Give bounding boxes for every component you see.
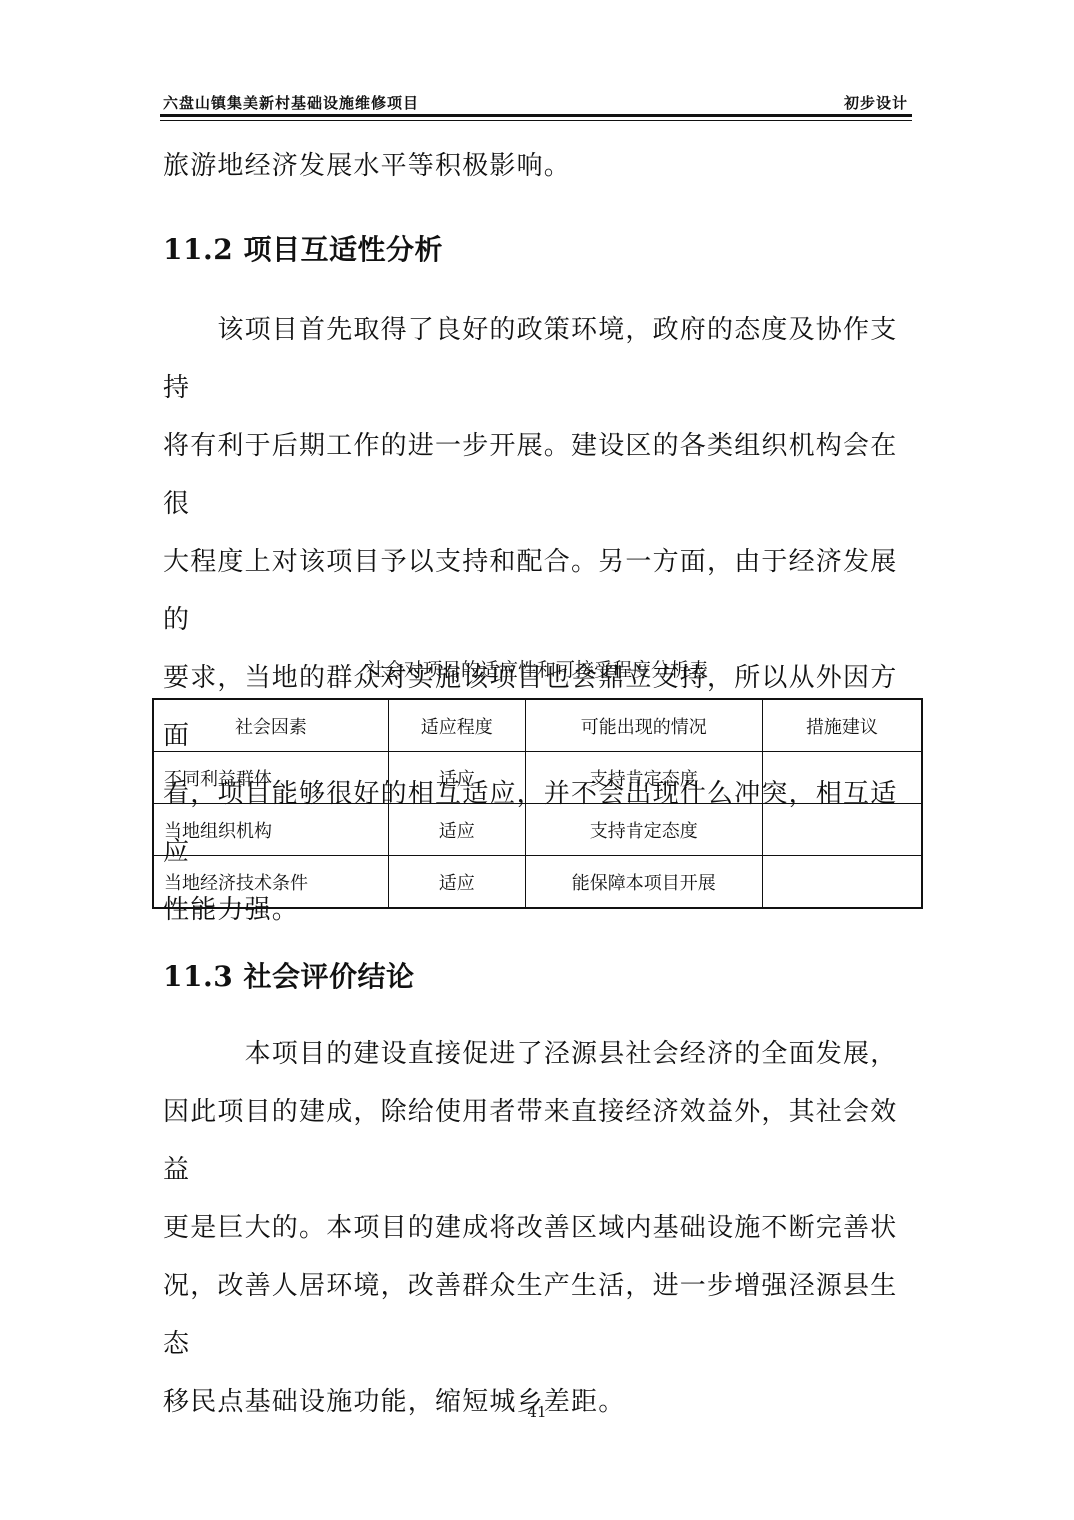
table-header-row: 社会因素 适应程度 可能出现的情况 措施建议: [153, 699, 922, 752]
section-heading-11-2: 11.2 项目互适性分析: [163, 228, 443, 268]
header-rule-thin: [160, 120, 912, 121]
adaptability-table: 社会因素 适应程度 可能出现的情况 措施建议 不同利益群体 适应 支持肯定态度 …: [152, 698, 923, 909]
section-11-3-paragraph: 本项目的建设直接促进了泾源县社会经济的全面发展， 因此项目的建成，除给使用者带来…: [163, 1025, 915, 1431]
table-cell: [762, 804, 922, 856]
intro-paragraph: 旅游地经济发展水平等积极影响。: [163, 137, 915, 195]
table-cell: 适应: [388, 752, 525, 804]
table-cell: 支持肯定态度: [525, 752, 762, 804]
column-header: 适应程度: [388, 699, 525, 752]
table-cell: 当地经济技术条件: [153, 856, 388, 909]
table-cell: [762, 752, 922, 804]
header-project-title: 六盘山镇集美新村基础设施维修项目: [163, 92, 419, 113]
table-cell: 适应: [388, 804, 525, 856]
table-cell: 当地组织机构: [153, 804, 388, 856]
table-caption: 社会对项目的适应性和可接受程度分析表: [0, 655, 1074, 682]
section-heading-11-3: 11.3 社会评价结论: [163, 955, 414, 995]
text-line: 因此项目的建成，除给使用者带来直接经济效益外，其社会效益: [163, 1083, 915, 1199]
column-header: 措施建议: [762, 699, 922, 752]
table-cell: 适应: [388, 856, 525, 909]
running-header: 六盘山镇集美新村基础设施维修项目 初步设计: [160, 88, 912, 112]
page-number: 41: [0, 1403, 1074, 1421]
header-stage-label: 初步设计: [844, 92, 908, 113]
table-row: 当地组织机构 适应 支持肯定态度: [153, 804, 922, 856]
text-line: 本项目的建设直接促进了泾源县社会经济的全面发展，: [163, 1025, 915, 1083]
text-line: 该项目首先取得了良好的政策环境，政府的态度及协作支持: [163, 301, 915, 417]
table-row: 当地经济技术条件 适应 能保障本项目开展: [153, 856, 922, 909]
text-line: 大程度上对该项目予以支持和配合。另一方面，由于经济发展的: [163, 533, 915, 649]
column-header: 可能出现的情况: [525, 699, 762, 752]
text-line: 移民点基础设施功能，缩短城乡差距。: [163, 1373, 915, 1431]
text-line: 况，改善人居环境，改善群众生产生活，进一步增强泾源县生态: [163, 1257, 915, 1373]
table-cell: 能保障本项目开展: [525, 856, 762, 909]
table-row: 不同利益群体 适应 支持肯定态度: [153, 752, 922, 804]
table-cell: [762, 856, 922, 909]
header-rule-thick: [160, 114, 912, 117]
table-cell: 支持肯定态度: [525, 804, 762, 856]
table-cell: 不同利益群体: [153, 752, 388, 804]
text-line: 将有利于后期工作的进一步开展。建设区的各类组织机构会在很: [163, 417, 915, 533]
text-line: 更是巨大的。本项目的建成将改善区域内基础设施不断完善状: [163, 1199, 915, 1257]
column-header: 社会因素: [153, 699, 388, 752]
